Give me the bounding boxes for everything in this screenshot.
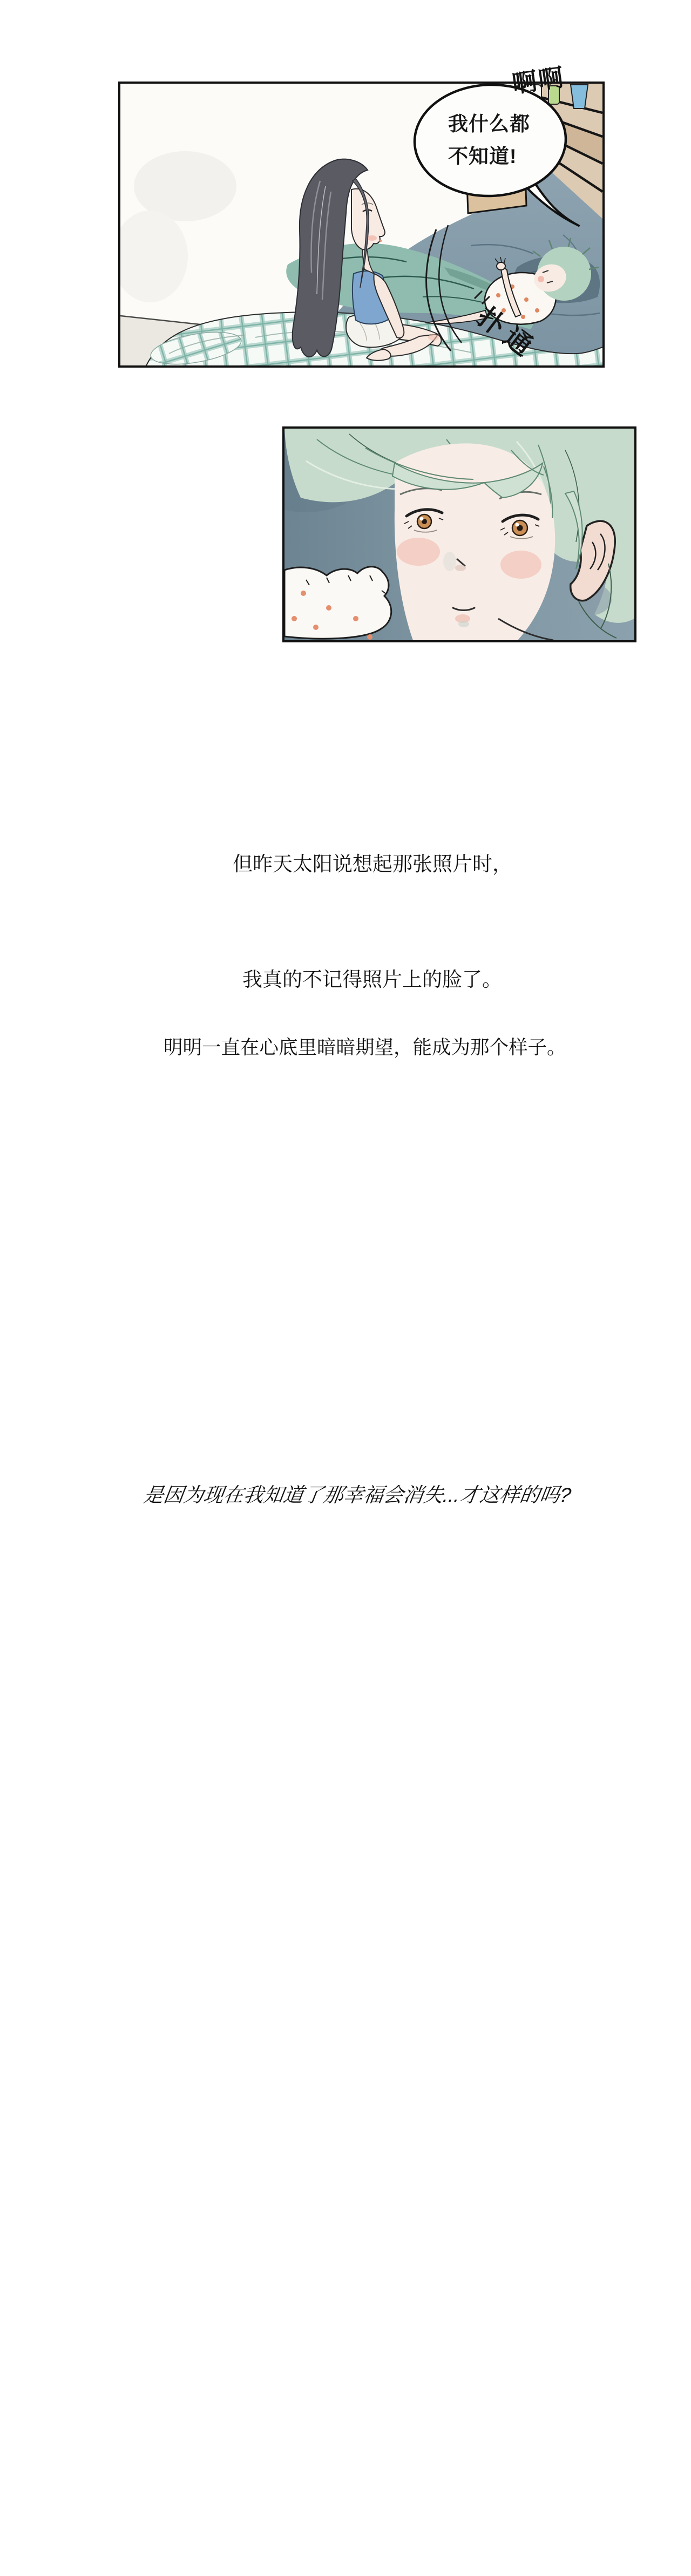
comic-page: 我什么都 不知道! 啊啊 扑通 [0,0,691,2576]
speech-line-2: 不知道! [448,140,556,173]
sfx-scream-text: 啊啊 [510,57,567,100]
caption-line-2: 我真的不记得照片上的脸了。 [242,968,502,992]
caption-line-3: 明明一直在心底里暗暗期望，能成为那个样子。 [164,1035,566,1059]
blush-left [397,538,440,566]
caption-line-1: 但昨天太阳说想起那张照片时， [233,852,512,876]
caption-line-4: 是因为现在我知道了那幸福会消失...才这样的吗? [142,1483,573,1507]
blush-right [500,551,541,579]
closeup-illustration [284,429,634,640]
polka-dot-pillow [284,567,391,640]
speech-bubble-text: 我什么都 不知道! [448,108,556,173]
speech-bubble: 我什么都 不知道! [409,80,587,236]
panel-face-closeup [282,426,636,642]
speech-line-1: 我什么都 [448,108,556,140]
bubble-tail [528,182,579,226]
